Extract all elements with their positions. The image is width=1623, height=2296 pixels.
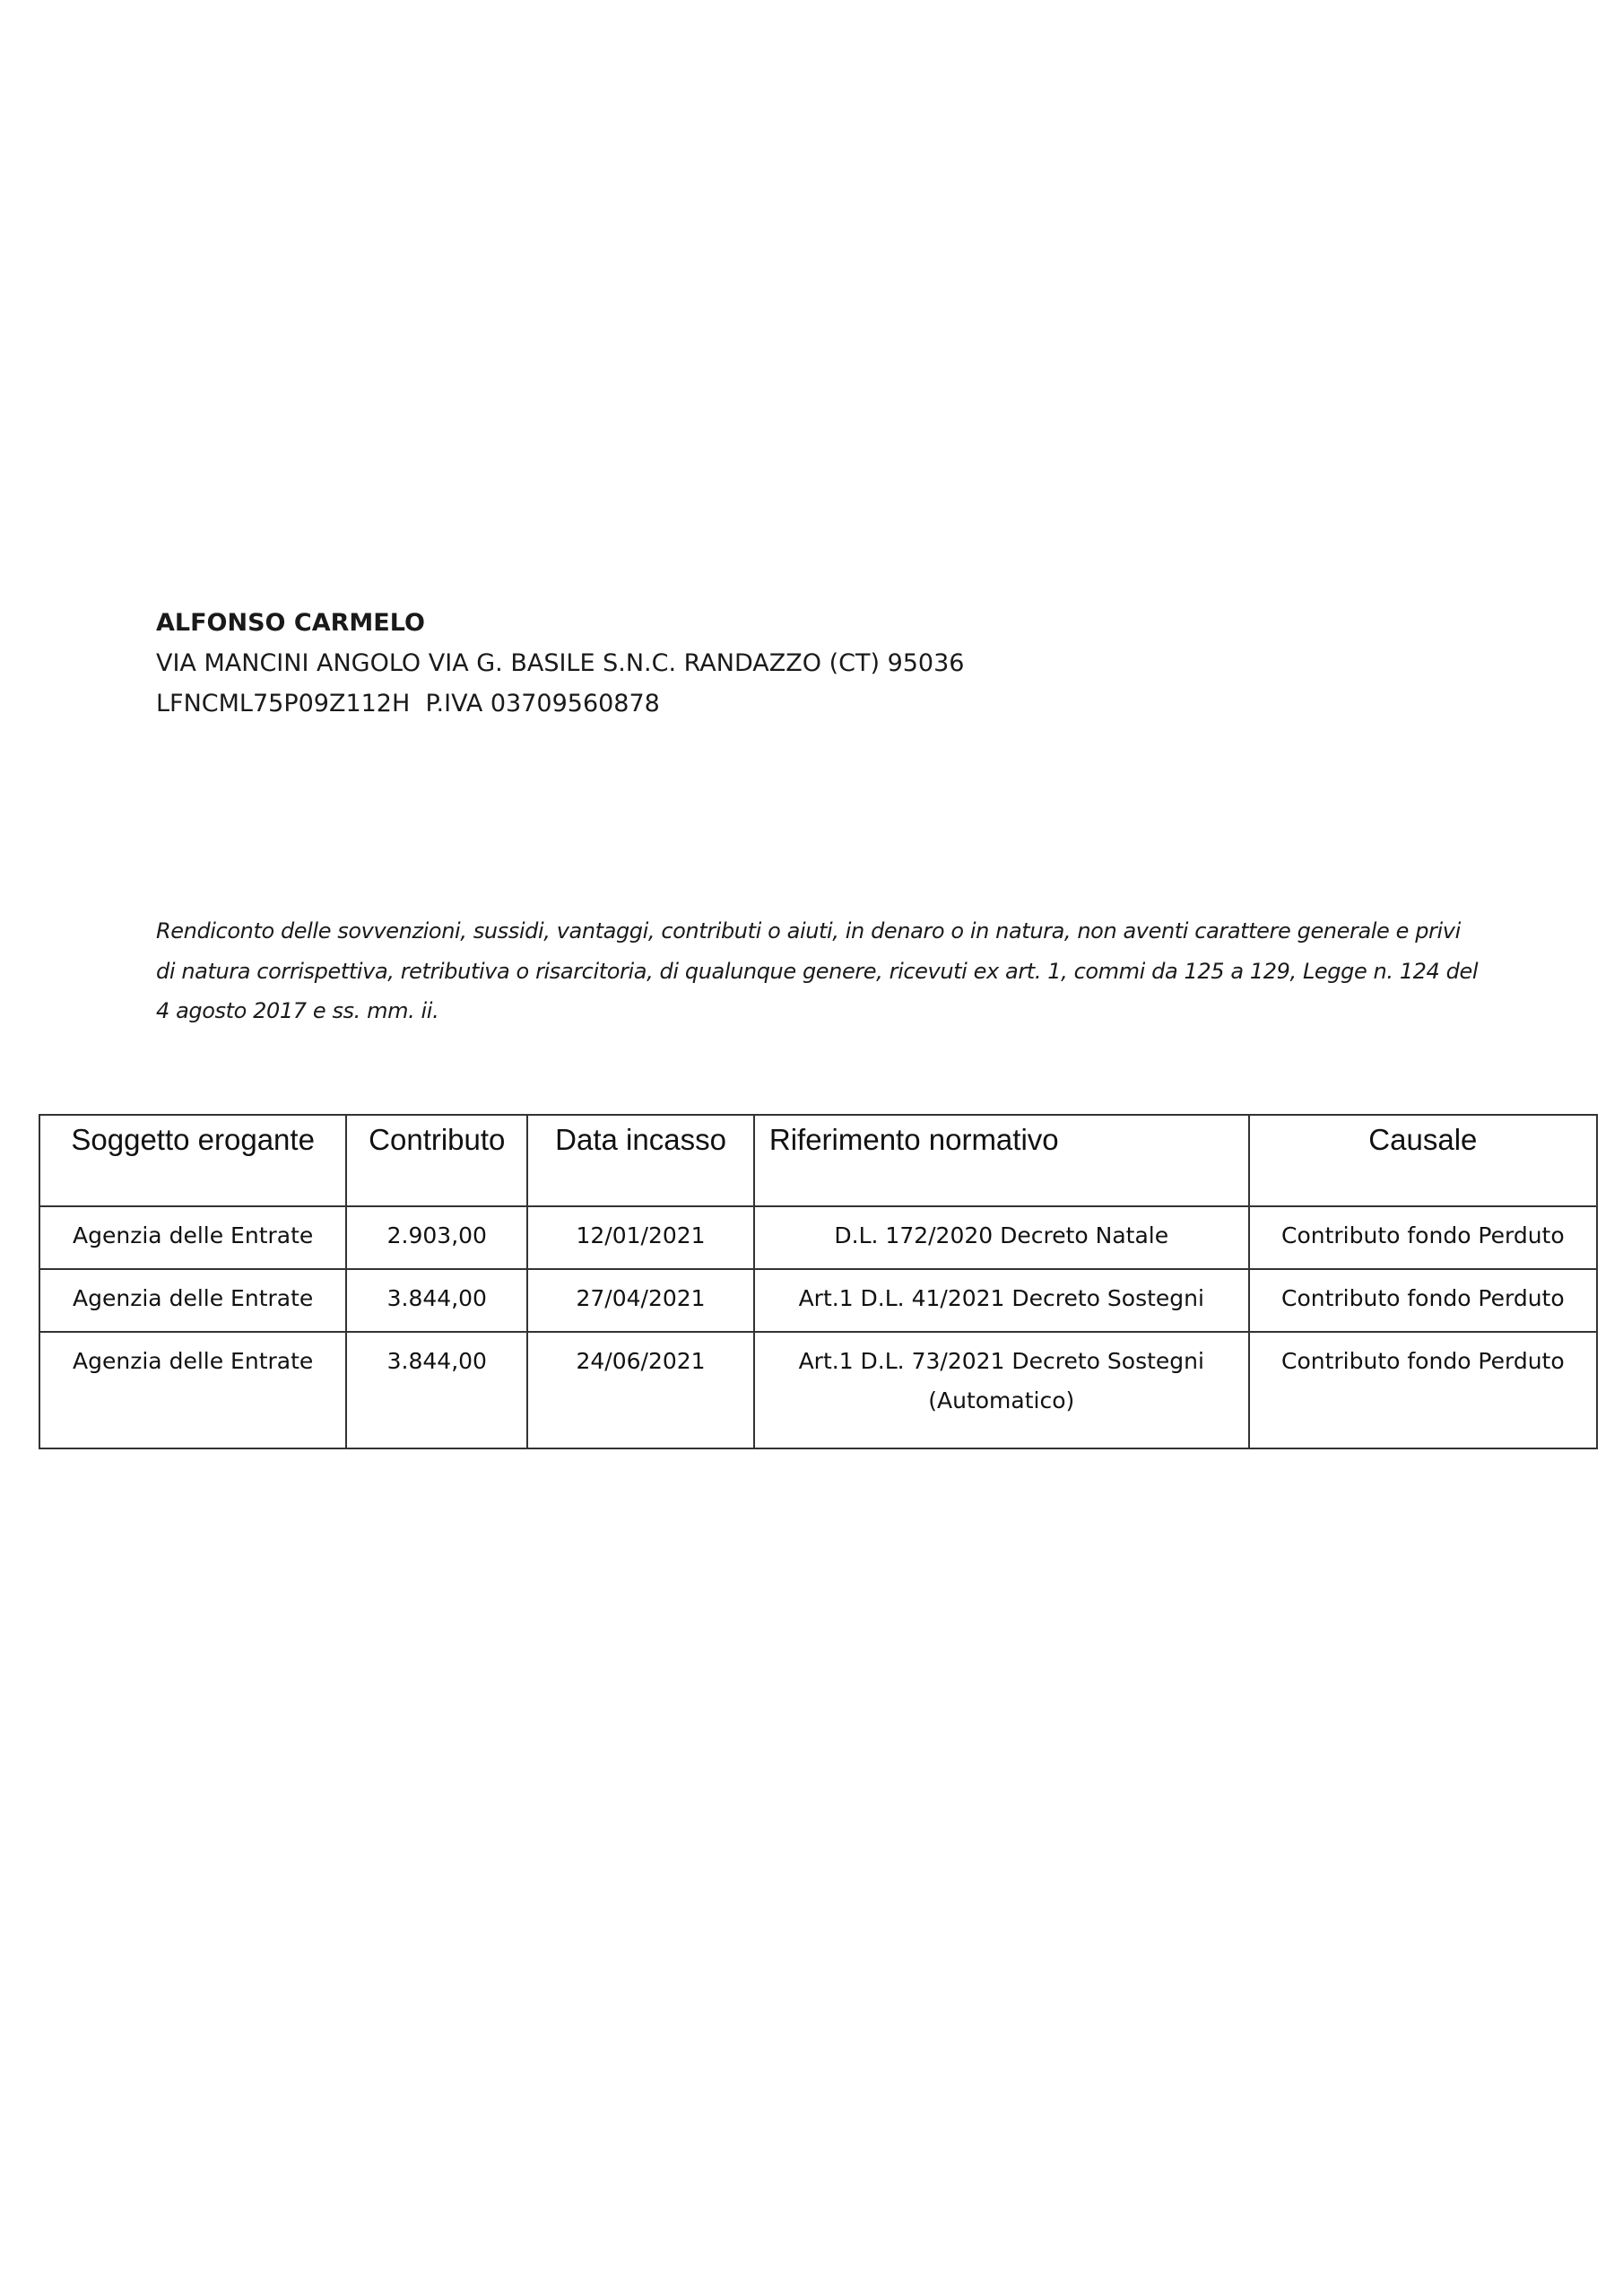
table-row: Agenzia delle Entrate 3.844,00 24/06/202…	[39, 1332, 1597, 1448]
header-data-incasso: Data incasso	[527, 1115, 754, 1206]
table-row: Agenzia delle Entrate 2.903,00 12/01/202…	[39, 1206, 1597, 1269]
header-riferimento: Riferimento normativo	[754, 1115, 1249, 1206]
header-contributo: Contributo	[346, 1115, 527, 1206]
cell-causale: Contributo fondo Perduto	[1249, 1206, 1597, 1269]
cell-soggetto: Agenzia delle Entrate	[39, 1206, 346, 1269]
cell-data: 12/01/2021	[527, 1206, 754, 1269]
cell-causale: Contributo fondo Perduto	[1249, 1269, 1597, 1332]
cell-contributo: 3.844,00	[346, 1332, 527, 1448]
cell-contributo: 2.903,00	[346, 1206, 527, 1269]
cell-contributo: 3.844,00	[346, 1269, 527, 1332]
cell-riferimento: D.L. 172/2020 Decreto Natale	[754, 1206, 1249, 1269]
recipient-tax-ids: LFNCML75P09Z112H P.IVA 03709560878	[156, 683, 964, 724]
table-row: Agenzia delle Entrate 3.844,00 27/04/202…	[39, 1269, 1597, 1332]
recipient-header: ALFONSO CARMELO VIA MANCINI ANGOLO VIA G…	[156, 603, 964, 724]
cell-causale: Contributo fondo Perduto	[1249, 1332, 1597, 1448]
cell-data: 24/06/2021	[527, 1332, 754, 1448]
recipient-address: VIA MANCINI ANGOLO VIA G. BASILE S.N.C. …	[156, 643, 964, 683]
cell-soggetto: Agenzia delle Entrate	[39, 1332, 346, 1448]
cell-data: 27/04/2021	[527, 1269, 754, 1332]
cell-soggetto: Agenzia delle Entrate	[39, 1269, 346, 1332]
header-causale: Causale	[1249, 1115, 1597, 1206]
cell-riferimento: Art.1 D.L. 41/2021 Decreto Sostegni	[754, 1269, 1249, 1332]
header-soggetto: Soggetto erogante	[39, 1115, 346, 1206]
contributions-table: Soggetto erogante Contributo Data incass…	[39, 1114, 1598, 1449]
table-header-row: Soggetto erogante Contributo Data incass…	[39, 1115, 1597, 1206]
recipient-name: ALFONSO CARMELO	[156, 603, 964, 643]
cell-riferimento: Art.1 D.L. 73/2021 Decreto Sostegni (Aut…	[754, 1332, 1249, 1448]
intro-paragraph: Rendiconto delle sovvenzioni, sussidi, v…	[156, 911, 1483, 1031]
